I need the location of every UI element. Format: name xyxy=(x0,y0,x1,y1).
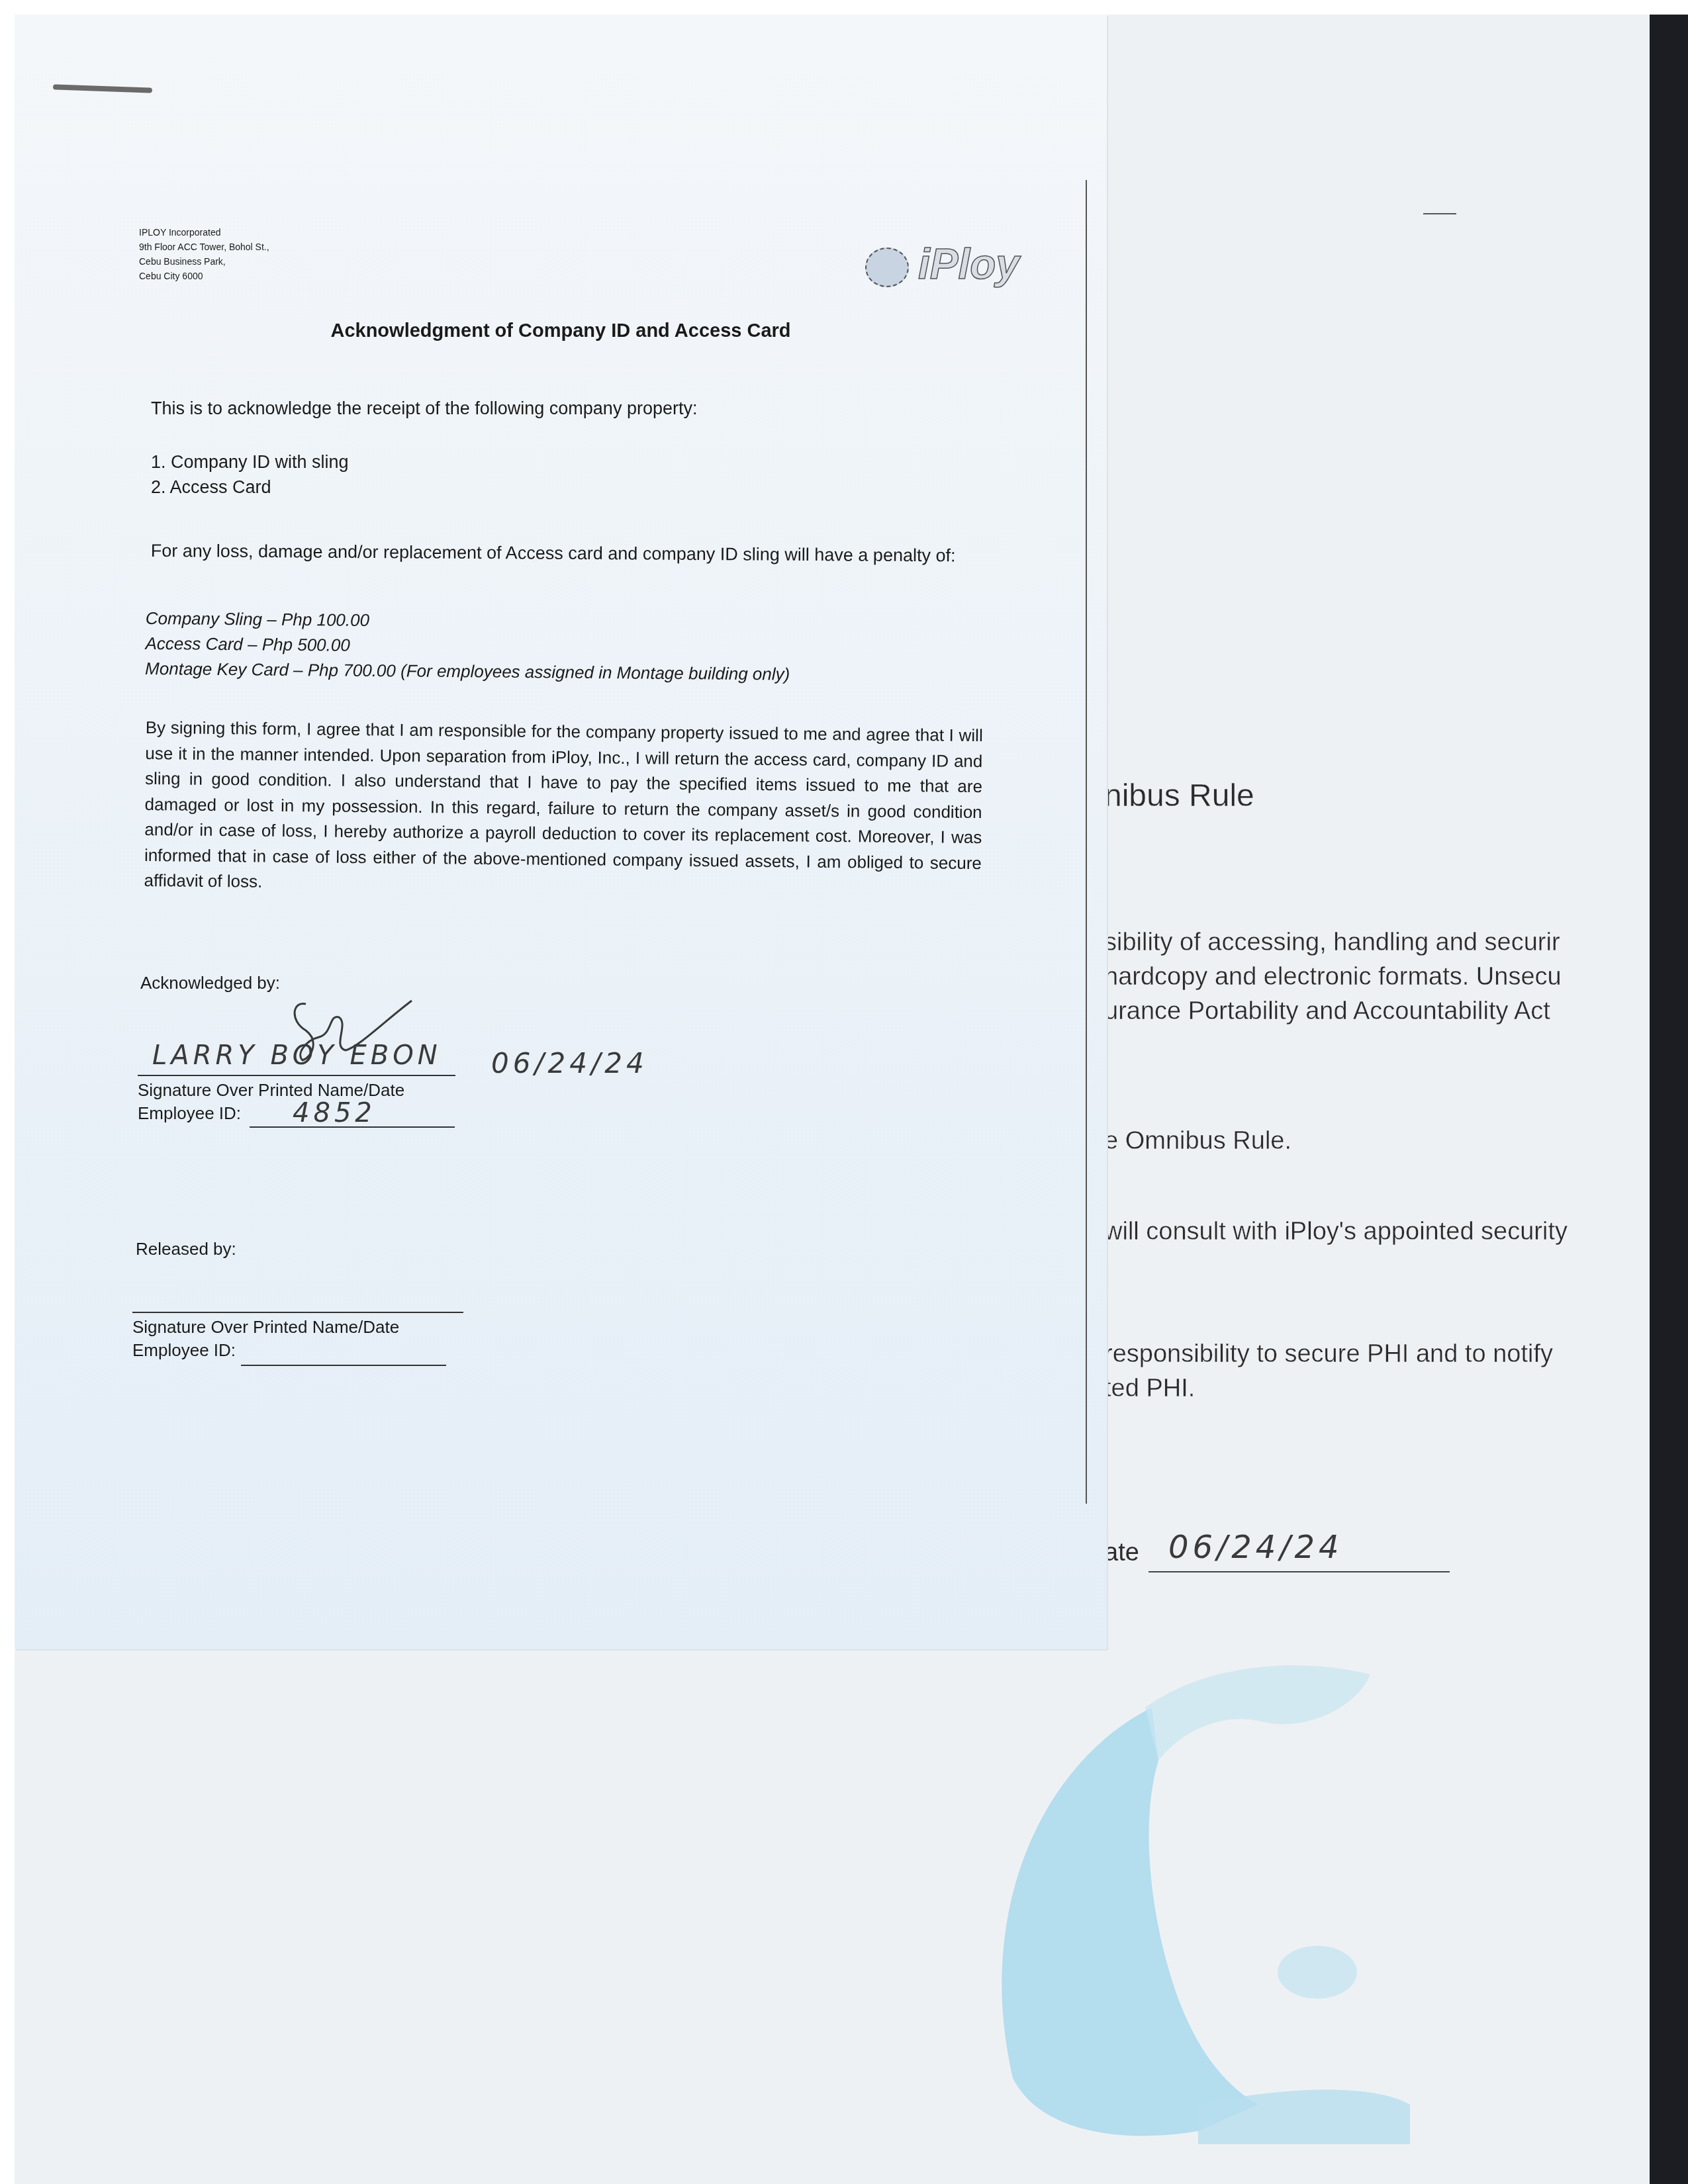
employee-id-label: Employee ID: xyxy=(132,1339,399,1362)
back-page-line: hardcopy and electronic formats. Unsecu xyxy=(1104,960,1562,994)
list-item: 2. Access Card xyxy=(151,475,349,500)
document-title: Acknowledgment of Company ID and Access … xyxy=(15,320,1107,342)
globe-watermark-icon xyxy=(947,1628,1609,2158)
released-caption: Signature Over Printed Name/Date Employe… xyxy=(132,1316,399,1362)
page-edge-line xyxy=(1086,180,1087,1504)
back-page-line: will consult with iPloy's appointed secu… xyxy=(1104,1214,1568,1249)
address-line: Cebu City 6000 xyxy=(139,269,269,283)
back-page-line: ted PHI. xyxy=(1104,1371,1195,1406)
company-address: IPLOY Incorporated 9th Floor ACC Tower, … xyxy=(139,225,269,283)
acknowledgment-form-page: IPLOY Incorporated 9th Floor ACC Tower, … xyxy=(15,15,1107,1649)
signature-line[interactable] xyxy=(138,1075,455,1076)
penalty-list: Company Sling – Php 100.00 Access Card –… xyxy=(145,606,790,686)
acknowledged-by-label: Acknowledged by: xyxy=(140,973,280,993)
globe-swoosh-icon xyxy=(865,248,909,287)
released-signature-line[interactable] xyxy=(132,1312,463,1313)
logo-text: iPloy xyxy=(918,240,1019,289)
intro-text: This is to acknowledge the receipt of th… xyxy=(151,398,697,419)
back-page-rule xyxy=(1423,213,1456,214)
back-page-line: responsibility to secure PHI and to noti… xyxy=(1104,1337,1553,1371)
scanner-edge xyxy=(1650,15,1688,2184)
company-logo: iPloy xyxy=(865,240,1024,299)
penalty-intro: For any loss, damage and/or replacement … xyxy=(151,539,985,568)
list-item: 1. Company ID with sling xyxy=(151,449,349,475)
company-name: IPLOY Incorporated xyxy=(139,225,269,240)
employee-id-line[interactable] xyxy=(250,1126,455,1128)
back-date-value: 06/24/24 xyxy=(1168,1529,1343,1566)
terms-paragraph: By signing this form, I agree that I am … xyxy=(144,715,983,901)
released-by-label: Released by: xyxy=(136,1239,236,1259)
signature-caption: Signature Over Printed Name/Date xyxy=(132,1316,399,1339)
back-page-line: urance Portability and Accountability Ac… xyxy=(1104,994,1550,1028)
printed-name: LARRY BOY EBON xyxy=(152,1040,442,1071)
back-page-line: e Omnibus Rule. xyxy=(1104,1124,1291,1158)
back-page-heading: nibus Rule xyxy=(1104,778,1254,814)
back-page-line: sibility of accessing, handling and secu… xyxy=(1104,925,1560,960)
released-employee-id-line[interactable] xyxy=(241,1365,446,1366)
staple-icon xyxy=(53,84,152,93)
address-line: 9th Floor ACC Tower, Bohol St., xyxy=(139,240,269,254)
address-line: Cebu Business Park, xyxy=(139,254,269,269)
back-date-line xyxy=(1149,1571,1450,1572)
penalty-item: Montage Key Card – Php 700.00 (For emplo… xyxy=(145,656,790,686)
property-list: 1. Company ID with sling 2. Access Card xyxy=(151,449,349,500)
acknowledged-date: 06/24/24 xyxy=(491,1047,648,1079)
employee-id-value: 4852 xyxy=(293,1098,376,1128)
back-date-label: ate xyxy=(1104,1539,1139,1567)
